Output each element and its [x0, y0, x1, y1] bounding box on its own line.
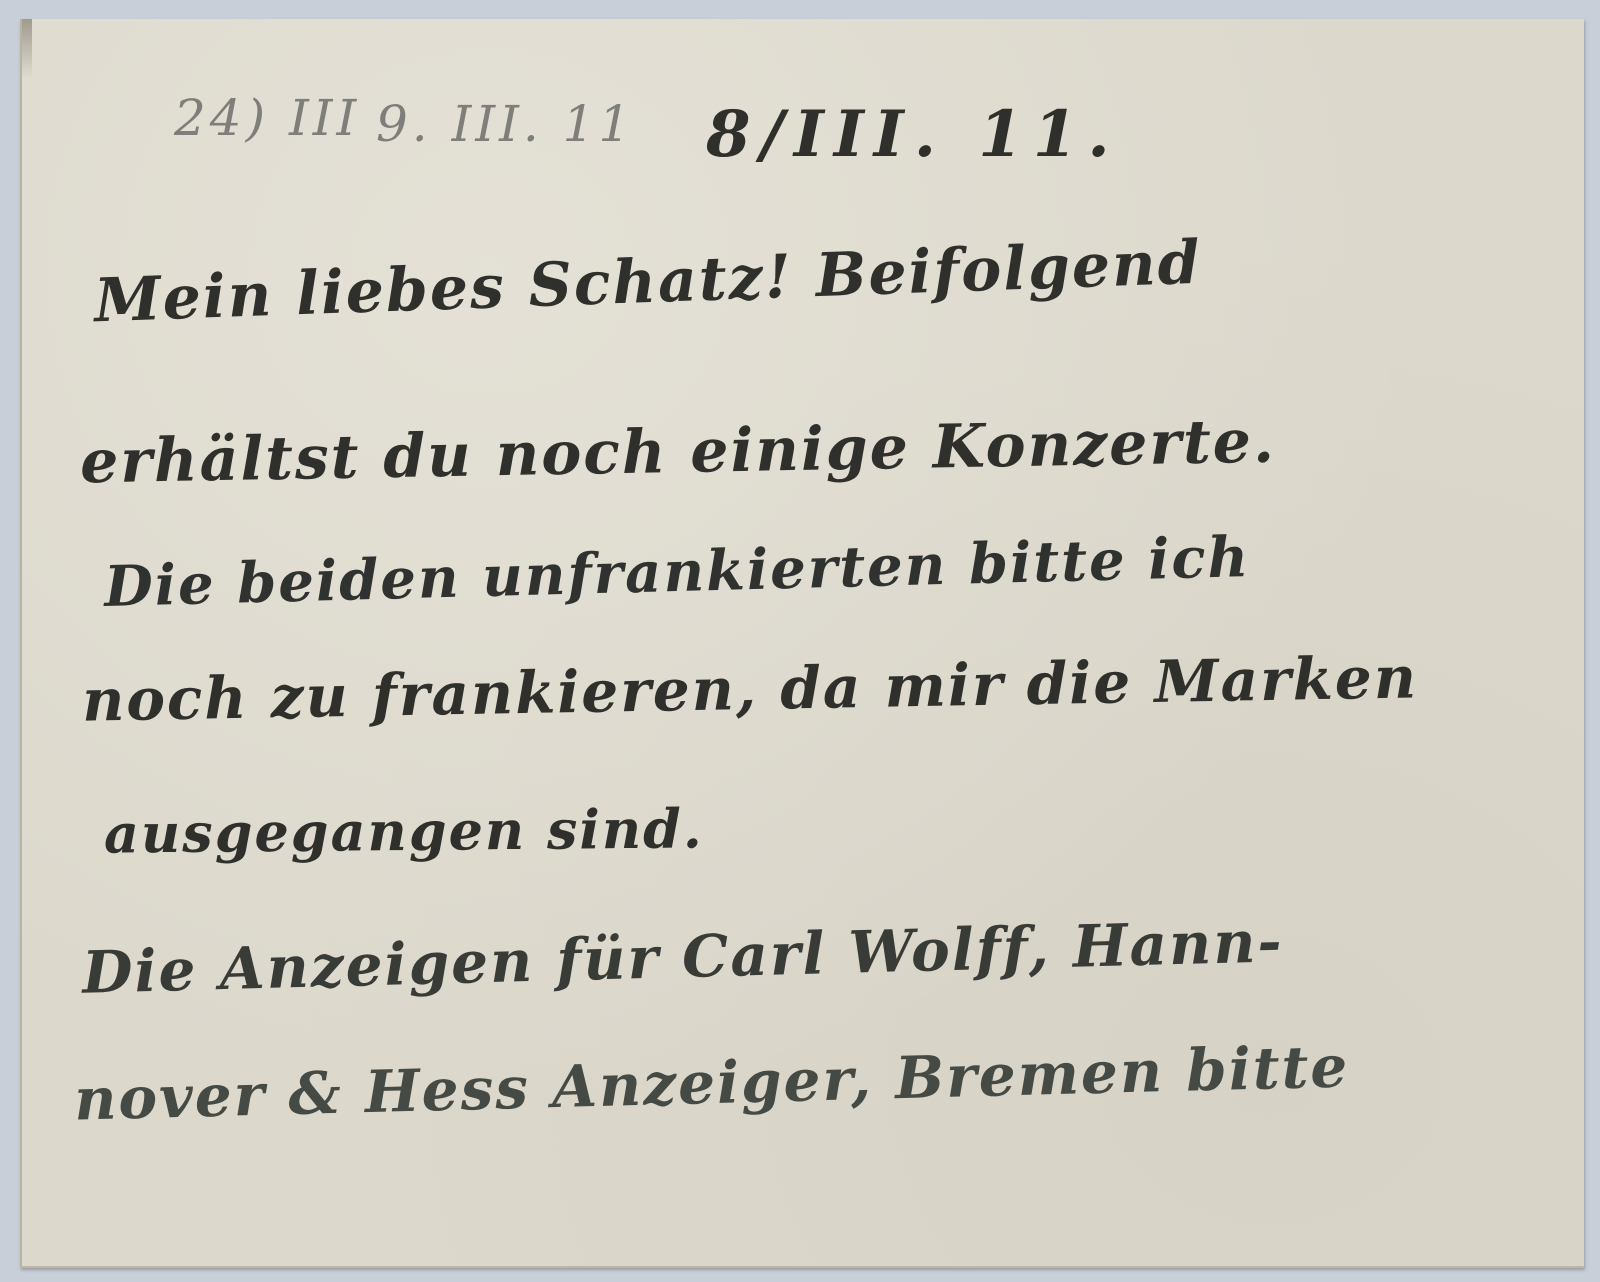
letter-line-1: Mein liebes Schatz! Beifolgend — [93, 228, 1203, 337]
letter-line-5: ausgegangen sind. — [104, 796, 704, 865]
letter-card: 24) III 9. III. 11 8/III. 11. Mein liebe… — [20, 19, 1584, 1268]
letter-line-4: noch zu frankieren, da mir die Marken — [82, 643, 1419, 734]
letter-line-7: nover & Hess Anzeiger, Bremen bitte — [73, 1032, 1350, 1133]
letter-date: 8/III. 11. — [706, 97, 1120, 172]
paper-edge-wear — [22, 19, 32, 79]
pencil-archive-reference: 24) III — [174, 89, 360, 147]
letter-line-3: Die beiden unfrankierten bitte ich — [103, 524, 1251, 620]
pencil-archive-date: 9. III. 11 — [376, 95, 634, 153]
letter-line-2: erhältst du noch einige Konzerte. — [79, 407, 1276, 498]
letter-line-6: Die Anzeigen für Carl Wolff, Hann- — [81, 907, 1284, 1006]
